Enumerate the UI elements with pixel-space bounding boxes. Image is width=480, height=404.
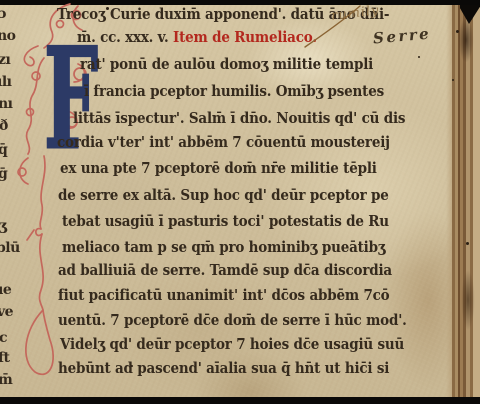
line-ink-text: rat' ponū de aulōu domoʒ militie templi xyxy=(80,56,373,73)
line-ink-text: ex una pte 7 pceptorē dom̄ nr̄e militie … xyxy=(60,160,377,177)
edge-fragment: ʒ xyxy=(0,218,6,234)
ink-speck xyxy=(418,56,420,58)
text-line: fiut pacificatū unanimit' int' dc̄os abb… xyxy=(58,287,389,304)
edge-fragment: no xyxy=(0,28,16,44)
edge-fragment: blū xyxy=(0,240,20,256)
edge-fragment: q̄ xyxy=(0,142,7,158)
ink-speck xyxy=(131,365,133,367)
edge-fragment: ve xyxy=(0,304,13,320)
edge-fragment: ıe xyxy=(0,282,11,298)
edge-fragment: ft xyxy=(0,350,10,366)
line-ink-text: m̄. cc. xxx. v. xyxy=(77,29,173,46)
text-line: m̄. cc. xxx. v. Item de Rumeliaco. xyxy=(77,29,317,46)
rubric-text: Item de Rumeliaco. xyxy=(173,29,317,46)
text-line: meliaco tam p se qm̄ pro hominibʒ pueāti… xyxy=(62,239,385,256)
text-line: ad balliuiā de serre. Tamdē sup dc̄a dis… xyxy=(58,262,392,279)
edge-fragment: ḡ xyxy=(0,166,7,182)
text-line: tebat usagiū ī pasturis toci' potestatis… xyxy=(62,213,389,230)
edge-fragment: ɔ xyxy=(0,6,6,22)
text-line: ī francia pceptor humilis. Omībʒ psentes xyxy=(84,83,384,100)
edge-fragment: c xyxy=(0,330,7,346)
text-line: ex una pte 7 pceptorē dom̄ nr̄e militie … xyxy=(60,160,377,177)
line-ink-text: de serre ex altā. Sup hoc qd' deūr pcept… xyxy=(58,187,389,204)
edge-fragment: zı xyxy=(0,52,10,68)
line-ink-text: uentū. 7 pceptorē dc̄e dom̄ de serre ī h… xyxy=(58,312,407,329)
margin-note-serre: Serre xyxy=(372,24,432,47)
line-ink-text: hebūnt ad pascend' aīalia sua q̄ hn̄t ut… xyxy=(58,360,389,377)
ink-speck xyxy=(106,7,109,10)
text-line: Videlʒ qd' deūr pceptor 7 hoies dc̄e usa… xyxy=(60,336,404,353)
text-line: de serre ex altā. Sup hoc qd' deūr pcept… xyxy=(58,187,389,204)
line-ink-text: littās īspectur'. Salm̄ ī dn̄o. Nouitis … xyxy=(73,110,405,127)
line-ink-text: ī francia pceptor humilis. Omībʒ psentes xyxy=(84,83,384,100)
ink-speck xyxy=(456,30,459,33)
text-line: uentū. 7 pceptorē dc̄e dom̄ de serre ī h… xyxy=(58,312,407,329)
manuscript-page-photo: F Trecoʒ Curie duxim̄ apponend'. datū ān… xyxy=(0,0,480,404)
edge-fragment: ð xyxy=(0,118,8,134)
ink-speck xyxy=(452,79,454,81)
edge-fragment: nı xyxy=(0,96,13,112)
book-binding-edge xyxy=(446,0,480,404)
line-ink-text: tebat usagiū ī pasturis toci' potestatis… xyxy=(62,213,389,230)
line-ink-text: meliaco tam p se qm̄ pro hominibʒ pueāti… xyxy=(62,239,385,256)
edge-fragment: ılı xyxy=(0,74,11,90)
ink-speck xyxy=(466,242,469,245)
line-ink-text: cordia v'ter' int' abbēm 7 cōuentū moust… xyxy=(57,134,390,151)
text-line: rat' ponū de aulōu domoʒ militie templi xyxy=(80,56,373,73)
text-line: hebūnt ad pascend' aīalia sua q̄ hn̄t ut… xyxy=(58,360,389,377)
line-ink-text: fiut pacificatū unanimit' int' dc̄os abb… xyxy=(58,287,389,304)
line-ink-text: ad balliuiā de serre. Tamdē sup dc̄a dis… xyxy=(58,262,392,279)
text-line: cordia v'ter' int' abbēm 7 cōuentū moust… xyxy=(57,134,390,151)
margin-pen-stroke xyxy=(302,4,364,50)
text-line: littās īspectur'. Salm̄ ī dn̄o. Nouitis … xyxy=(73,110,405,127)
line-ink-text: Videlʒ qd' deūr pceptor 7 hoies dc̄e usa… xyxy=(60,336,404,353)
edge-fragment: m̄ xyxy=(0,372,12,388)
